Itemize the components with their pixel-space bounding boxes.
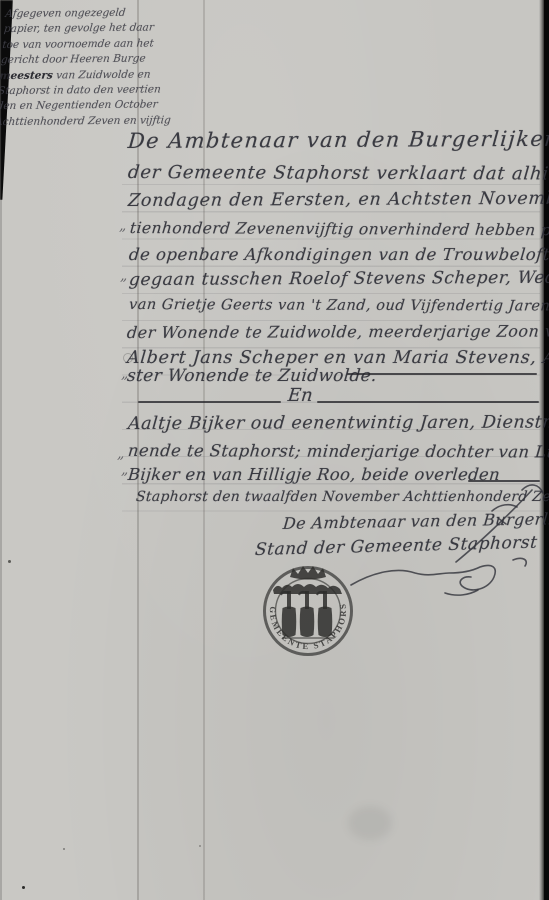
paper-speck bbox=[8, 560, 11, 563]
body-line: tienhonderd Zevenenvijftig onverhinderd … bbox=[129, 219, 549, 240]
margin-note-line: meesters van Zuidwolde en bbox=[0, 67, 132, 84]
seal-bottle-charges bbox=[281, 591, 334, 638]
body-line: gegaan tusschen Roelof Stevens Scheper, … bbox=[128, 267, 549, 290]
body-line: De Ambtenaar van den Burgerlijken Stand bbox=[127, 126, 549, 153]
paper-speck bbox=[63, 848, 65, 850]
continuation-mark: „ bbox=[117, 446, 124, 462]
paper-speck bbox=[199, 845, 201, 847]
handwritten-signature-flourish bbox=[345, 552, 545, 612]
margin-note-line: papier, ten gevolge het daar bbox=[3, 21, 136, 38]
body-line: nende te Staphorst; minderjarige dochter… bbox=[127, 441, 549, 462]
separator-word: En bbox=[287, 385, 314, 406]
margin-note-bold-word: meesters bbox=[0, 69, 53, 82]
ruled-divider bbox=[138, 401, 281, 403]
margin-note-line-rest: van Zuidwolde en bbox=[52, 68, 151, 81]
document-page: Afgegeven ongezegeld papier, ten gevolge… bbox=[0, 0, 544, 900]
margin-note-line: gericht door Heeren Burge bbox=[0, 52, 133, 69]
ruled-divider bbox=[347, 373, 537, 375]
margin-note-line: Afgegeven ongezegeld bbox=[5, 6, 138, 23]
body-line: van Grietje Geerts van 't Zand, oud Vijf… bbox=[128, 297, 549, 315]
margin-note-line: Achttienhonderd Zeven en vijftig bbox=[0, 114, 128, 131]
body-line: ster Wonende te Zuidwolde. bbox=[126, 366, 378, 386]
body-line: der Gemeente Staphorst verklaart dat alh… bbox=[127, 162, 549, 185]
paper-speck bbox=[22, 886, 25, 889]
margin-note-line: Staphorst in dato den veertien bbox=[0, 83, 131, 100]
margin-note-line: toe van voornoemde aan het bbox=[2, 36, 135, 53]
body-line: Aaltje Bijker oud eenentwintig Jaren, Di… bbox=[127, 412, 549, 434]
body-line: de openbare Afkondigingen van de Trouwbe… bbox=[128, 245, 549, 264]
gemeente-staphorst-seal-icon: GEMEENTE STAPHORST bbox=[260, 563, 356, 659]
margin-note-line: den en Negentienden October bbox=[0, 98, 129, 115]
continuation-mark: „ bbox=[119, 218, 126, 234]
body-line: Zondagen den Eersten, en Achtsten Novemb… bbox=[127, 188, 549, 211]
body-line: der Wonende te Zuidwolde, meerderjarige … bbox=[126, 321, 549, 342]
continuation-mark: „ bbox=[120, 268, 127, 284]
municipal-seal-stamp: GEMEENTE STAPHORST bbox=[260, 563, 356, 659]
paper-stain bbox=[348, 806, 392, 840]
ruled-divider bbox=[317, 401, 539, 403]
body-line: Albert Jans Scheper en van Maria Stevens… bbox=[126, 348, 549, 368]
margin-annotation: Afgegeven ongezegeld papier, ten gevolge… bbox=[0, 6, 138, 131]
archival-photo-background: Afgegeven ongezegeld papier, ten gevolge… bbox=[0, 0, 549, 900]
